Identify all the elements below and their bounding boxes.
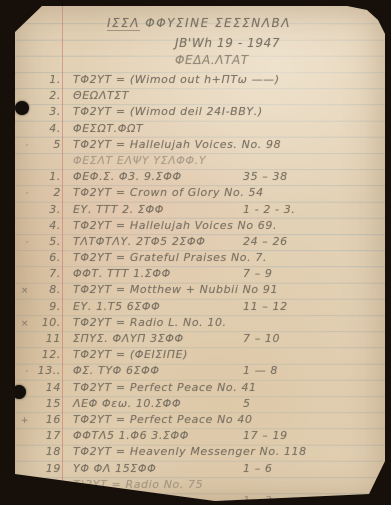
- row-pages: 24 – 26: [243, 234, 288, 250]
- list-row: 18ΤΦ2ΥΤ = Heavenly Messenger No. 118: [15, 444, 385, 460]
- row-text: ΤΦ2ΥΤ = (ΦΕΙΣΙΠΕ): [65, 347, 188, 363]
- row-text: ΤΛΤΦΤΛΥ. 2ΤΦ5 2ΣΦΦ: [65, 234, 206, 250]
- row-text: ΤΦ2ΥΤ = Grateful Praises No. 7.: [65, 250, 267, 266]
- row-text: ΤΦ2ΥΤ = Hallelujah Voices No 69.: [65, 218, 277, 234]
- list-row: 2.ΘΕΩΛΤΣΤ: [15, 88, 385, 104]
- list-row: 19ΥΦ ΦΛ 15ΣΦΦ1 – 6: [15, 461, 385, 477]
- list-row: 17ΦΦΤΛ5 1.Φ6 3.ΣΦΦ17 – 19: [15, 428, 385, 444]
- list-row: ·2ΤΦ2ΥΤ = Crown of Glory No. 54: [15, 185, 385, 201]
- row-mark: ·: [15, 235, 29, 251]
- list-row: ×8.ΤΦ2ΥΤ = Motthew + Nubbii No 91: [15, 282, 385, 298]
- list-row: 3.ΕΥ. ΤΤΤ 2. ΣΦΦ1 - 2 - 3.: [15, 202, 385, 218]
- row-text: ΦΦΤΛ5 1.Φ6 3.ΣΦΦ: [65, 428, 189, 444]
- list-row: 14ΤΦ2ΥΤ = Perfect Peace No. 41: [15, 380, 385, 396]
- list-row: 11ΣΠΥΣ. ΦΛΥΠ 3ΣΦΦ7 – 10: [15, 331, 385, 347]
- row-text: ΕΥ. 1.Τ5 6ΣΦΦ: [65, 299, 160, 315]
- row-number: 4.: [29, 218, 65, 234]
- row-number: 2: [29, 185, 65, 201]
- row-text: ΤΦ2ΥΤ = Radio L. No. 10.: [65, 315, 227, 331]
- row-number: 19: [29, 461, 65, 477]
- row-number: 6.: [29, 250, 65, 266]
- row-number: 11: [29, 331, 65, 347]
- row-text: ΤΦ2ΥΤ = Hallelujah Voices. No. 98: [65, 137, 281, 153]
- list-row: Φ3 ΦΛ 5ΣΦΦ1 – 3: [15, 493, 385, 505]
- row-text: ΤΦ2ΥΤ = (Wimod deil 24Ι-ΒΒΥ.): [65, 104, 263, 120]
- row-number: 1.: [29, 169, 65, 185]
- row-mark: ×: [15, 316, 29, 332]
- list-row: 4.ΦΕΣΩΤ.ΦΩΤ: [15, 121, 385, 137]
- list-rows: 1.ΤΦ2ΥΤ = (Wimod out h+ΠΤω ——)2.ΘΕΩΛΤΣΤ-…: [15, 72, 385, 505]
- list-row: 9.ΕΥ. 1.Τ5 6ΣΦΦ11 – 12: [15, 299, 385, 315]
- row-number: 8.: [29, 282, 65, 298]
- list-row: ΦΕΣΛΤ ΕΛΨΥ ΥΣΛΦΦ.Υ: [15, 153, 385, 169]
- row-number: 5: [29, 137, 65, 153]
- row-text: ΦΕΣΩΤ.ΦΩΤ: [65, 121, 143, 137]
- row-text: ΤΦ2ΥΤ = (Wimod out h+ΠΤω ——): [65, 72, 280, 88]
- paper-sheet: ΙΣΣΛ ΦΦΥΣΙΝΕ ΣΕΣΣΝΛΒΛ JB'Wh 19 - 1947 ΦΕ…: [15, 6, 385, 501]
- row-pages: 5: [243, 396, 251, 412]
- title-rest: ΦΦΥΣΙΝΕ ΣΕΣΣΝΛΒΛ: [145, 16, 291, 30]
- row-text: ΦΕΣΛΤ ΕΛΨΥ ΥΣΛΦΦ.Υ: [65, 153, 206, 169]
- list-row: -3.ΤΦ2ΥΤ = (Wimod deil 24Ι-ΒΒΥ.): [15, 104, 385, 120]
- punch-hole-top: [15, 101, 29, 115]
- row-text: ΤΦ2ΥΤ = Heavenly Messenger No. 118: [65, 444, 307, 460]
- row-mark: ·: [15, 138, 29, 154]
- row-number: 14: [29, 380, 65, 396]
- row-number: 7.: [29, 266, 65, 282]
- row-text: ΦΕΦ.Σ. Φ3. 9.ΣΦΦ: [65, 169, 182, 185]
- row-number: 3.: [29, 202, 65, 218]
- list-row: ×10.ΤΦ2ΥΤ = Radio L. No. 10.: [15, 315, 385, 331]
- row-text: ΤΦ2ΥΤ = Crown of Glory No. 54: [65, 185, 264, 201]
- row-pages: 7 – 9: [243, 266, 273, 282]
- row-text: ΕΥ. ΤΤΤ 2. ΣΦΦ: [65, 202, 164, 218]
- photo-background: ΙΣΣΛ ΦΦΥΣΙΝΕ ΣΕΣΣΝΛΒΛ JB'Wh 19 - 1947 ΦΕ…: [0, 0, 391, 505]
- list-row: Τ)2ΥΤ = Radio No. 75: [15, 477, 385, 493]
- row-pages: 1 - 2 - 3.: [243, 202, 295, 218]
- list-row: +16ΤΦ2ΥΤ = Perfect Peace No 40: [15, 412, 385, 428]
- row-number: 1.: [29, 72, 65, 88]
- row-pages: 1 – 3: [243, 493, 273, 505]
- row-number: 10.: [29, 315, 65, 331]
- row-number: 2.: [29, 88, 65, 104]
- title-word-underlined: ΙΣΣΛ: [107, 16, 140, 31]
- row-text: ΥΦ ΦΛ 15ΣΦΦ: [65, 461, 156, 477]
- row-mark: ·: [15, 364, 29, 380]
- row-text: ΦΣ. ΤΥΦ 6ΣΦΦ: [65, 363, 160, 379]
- row-pages: 11 – 12: [243, 299, 288, 315]
- row-number: 15: [29, 396, 65, 412]
- list-row: ·5.ΤΛΤΦΤΛΥ. 2ΤΦ5 2ΣΦΦ24 – 26: [15, 234, 385, 250]
- row-pages: 1 — 8: [243, 363, 278, 379]
- row-pages: 7 – 10: [243, 331, 280, 347]
- row-number: 12.: [29, 347, 65, 363]
- row-mark: +: [15, 413, 29, 429]
- document-title: ΙΣΣΛ ΦΦΥΣΙΝΕ ΣΕΣΣΝΛΒΛ: [107, 16, 291, 30]
- row-text: ΤΦ2ΥΤ = Motthew + Nubbii No 91: [65, 282, 278, 298]
- row-text: Φ3 ΦΛ 5ΣΦΦ: [65, 493, 149, 505]
- row-text: ΣΠΥΣ. ΦΛΥΠ 3ΣΦΦ: [65, 331, 184, 347]
- list-row: ·13..ΦΣ. ΤΥΦ 6ΣΦΦ1 — 8: [15, 363, 385, 379]
- document-subtitle: ΦΕΔΑ.ΛΤΑΤ: [175, 53, 249, 67]
- punch-hole-bottom: [12, 385, 26, 399]
- list-row: 4.ΤΦ2ΥΤ = Hallelujah Voices No 69.: [15, 218, 385, 234]
- row-number: 13..: [29, 363, 65, 379]
- row-pages: 35 – 38: [243, 169, 288, 185]
- row-number: 9.: [29, 299, 65, 315]
- list-row: 6.ΤΦ2ΥΤ = Grateful Praises No. 7.: [15, 250, 385, 266]
- row-text: ΤΦ2ΥΤ = Perfect Peace No 40: [65, 412, 253, 428]
- row-mark: ·: [15, 186, 29, 202]
- document-date-line: JB'Wh 19 - 1947: [175, 36, 280, 50]
- row-number: 17: [29, 428, 65, 444]
- row-number: 4.: [29, 121, 65, 137]
- row-number: 5.: [29, 234, 65, 250]
- row-number: 16: [29, 412, 65, 428]
- row-text: ΦΦΤ. ΤΤΤ 1.ΣΦΦ: [65, 266, 171, 282]
- row-pages: 1 – 6: [243, 461, 273, 477]
- list-row: 1.ΦΕΦ.Σ. Φ3. 9.ΣΦΦ35 – 38: [15, 169, 385, 185]
- row-pages: 17 – 19: [243, 428, 288, 444]
- list-row: 15ΛΕΦ Φεω. 10.ΣΦΦ5: [15, 396, 385, 412]
- list-row: ·5ΤΦ2ΥΤ = Hallelujah Voices. No. 98: [15, 137, 385, 153]
- list-row: 12.ΤΦ2ΥΤ = (ΦΕΙΣΙΠΕ): [15, 347, 385, 363]
- row-number: 3.: [29, 104, 65, 120]
- list-row: 7.ΦΦΤ. ΤΤΤ 1.ΣΦΦ7 – 9: [15, 266, 385, 282]
- row-text: Τ)2ΥΤ = Radio No. 75: [65, 477, 203, 493]
- row-mark: ×: [15, 283, 29, 299]
- row-number: 18: [29, 444, 65, 460]
- list-row: 1.ΤΦ2ΥΤ = (Wimod out h+ΠΤω ——): [15, 72, 385, 88]
- row-text: ΛΕΦ Φεω. 10.ΣΦΦ: [65, 396, 181, 412]
- row-text: ΘΕΩΛΤΣΤ: [65, 88, 129, 104]
- row-text: ΤΦ2ΥΤ = Perfect Peace No. 41: [65, 380, 257, 396]
